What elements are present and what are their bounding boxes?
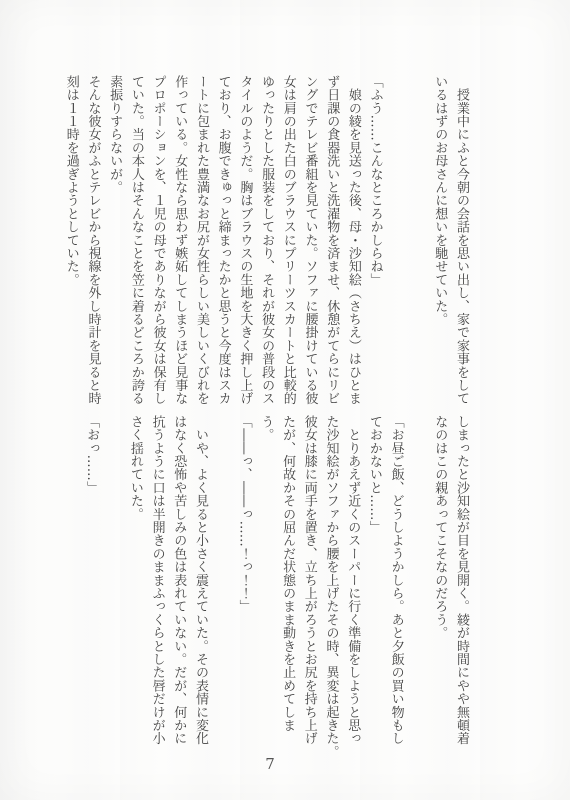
text-line: 抗うように口は半開きのままふっくらとした唇だけが小 xyxy=(146,415,168,749)
text-line: 素振りすらないが。 xyxy=(103,75,125,409)
text-line: プロポーションを、１児の母でありながら彼女は保有し xyxy=(147,75,169,409)
page-number: 7 xyxy=(250,755,290,773)
text-line: ていた。当の本人はそんなことを笠に着るどころか誇る xyxy=(125,75,147,409)
text-line-dialogue: 「――っ、――っ……！っ！！」 xyxy=(233,415,255,749)
text-line: いるはずのお母さんに想いを馳せていた。 xyxy=(429,75,451,409)
text-line: う。 xyxy=(255,415,277,749)
text-line: 刻は１１時を過ぎようとしていた。 xyxy=(60,75,82,409)
lower-text-block: しまったと沙知絵が目を見開く。綾が時間にやや無頓着 なのはこの親あってこそなのだ… xyxy=(80,415,472,749)
text-line-dialogue: 「ふう……こんなところかしらね」 xyxy=(364,75,386,409)
text-line: しまったと沙知絵が目を見開く。綾が時間にやや無頓着 xyxy=(450,415,472,749)
novel-scan-page: 授業中にふと今朝の会話を思い出し、家で家事をして いるはずのお母さんに想いを馳せ… xyxy=(0,0,570,800)
text-line: タイルのようだ。胸はブラウスの生地を大きく押し上げ xyxy=(234,75,256,409)
text-line: ず日課の食器洗いと洗濯物を済ませ、休憩がてらにリビ xyxy=(320,75,342,409)
text-line: とりあえず近くのスーパーに行く準備をしようと思っ xyxy=(341,415,363,749)
text-line-dialogue: 「お昼ご飯、どうしようかしら。あと夕飯の買い物もし xyxy=(385,415,407,749)
text-line: そんな彼女がふとテレビから視線を外し時計を見ると時 xyxy=(82,75,104,409)
text-line: たが、何故かその屈んだ状態のまま動きを止めてしま xyxy=(276,415,298,749)
text-line: 彼女は膝に両手を置き、立ち上がろうとお尻を持ち上げ xyxy=(298,415,320,749)
text-line: はなく恐怖や苦しみの色は表れていない。だが、何かに xyxy=(168,415,190,749)
text-line: ており、お腹できゅっと締まったかと思うと今度はスカ xyxy=(212,75,234,409)
text-line: ゆったりとした服装をしており、それが彼女の普段のス xyxy=(255,75,277,409)
text-line: た沙知絵がソファから腰を上げたその時、異変は起きた。 xyxy=(320,415,342,749)
text-line: 女は肩の出た白のブラウスにプリーツスカートと比較的 xyxy=(277,75,299,409)
text-line: さく揺れていた。 xyxy=(124,415,146,749)
text-line: 作っている。女性なら思わず嫉妬してしまうほど見事な xyxy=(169,75,191,409)
text-line: 娘の綾を見送った後、母・沙知絵（さちえ）はひとま xyxy=(342,75,364,409)
text-line: ートに包まれた豊満なお尻が女性らしい美しいくびれを xyxy=(190,75,212,409)
text-line-dialogue: ておかないと……」 xyxy=(363,415,385,749)
text-line: いや、よく見ると小さく震えていた。その表情に変化 xyxy=(189,415,211,749)
text-line: 授業中にふと今朝の会話を思い出し、家で家事をして xyxy=(450,75,472,409)
text-line: ングでテレビ番組を見ていた。ソファに腰掛けている彼 xyxy=(299,75,321,409)
text-line: なのはこの親あってこそなのだろう。 xyxy=(429,415,451,749)
text-line-dialogue: 「おっ……」 xyxy=(80,415,102,749)
upper-text-block: 授業中にふと今朝の会話を思い出し、家で家事をして いるはずのお母さんに想いを馳せ… xyxy=(60,75,472,409)
